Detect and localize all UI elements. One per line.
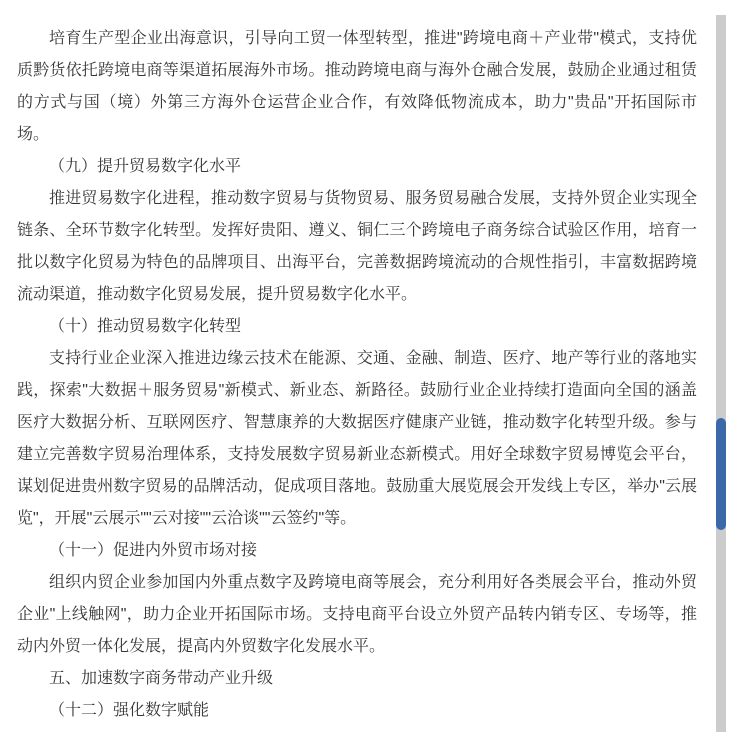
body-paragraph: 推进贸易数字化进程，推动数字贸易与货物贸易、服务贸易融合发展，支持外贸企业实现全… <box>17 183 697 311</box>
document-content: 培育生产型企业出海意识，引导向工贸一体型转型，推进"跨境电商＋产业带"模式，支持… <box>17 23 697 727</box>
body-paragraph: 培育生产型企业出海意识，引导向工贸一体型转型，推进"跨境电商＋产业带"模式，支持… <box>17 23 697 151</box>
body-paragraph: 组织内贸企业参加国内外重点数字及跨境电商等展会，充分利用好各类展会平台，推动外贸… <box>17 567 697 663</box>
section-heading: （十二）强化数字赋能 <box>17 695 697 727</box>
section-heading: 五、加速数字商务带动产业升级 <box>17 663 697 695</box>
section-heading: （十一）促进内外贸市场对接 <box>17 535 697 567</box>
scrollbar-track[interactable] <box>716 15 726 732</box>
section-heading: （九）提升贸易数字化水平 <box>17 151 697 183</box>
scrollbar-thumb[interactable] <box>716 418 726 530</box>
section-heading: （十）推动贸易数字化转型 <box>17 311 697 343</box>
body-paragraph: 支持行业企业深入推进边缘云技术在能源、交通、金融、制造、医疗、地产等行业的落地实… <box>17 343 697 535</box>
